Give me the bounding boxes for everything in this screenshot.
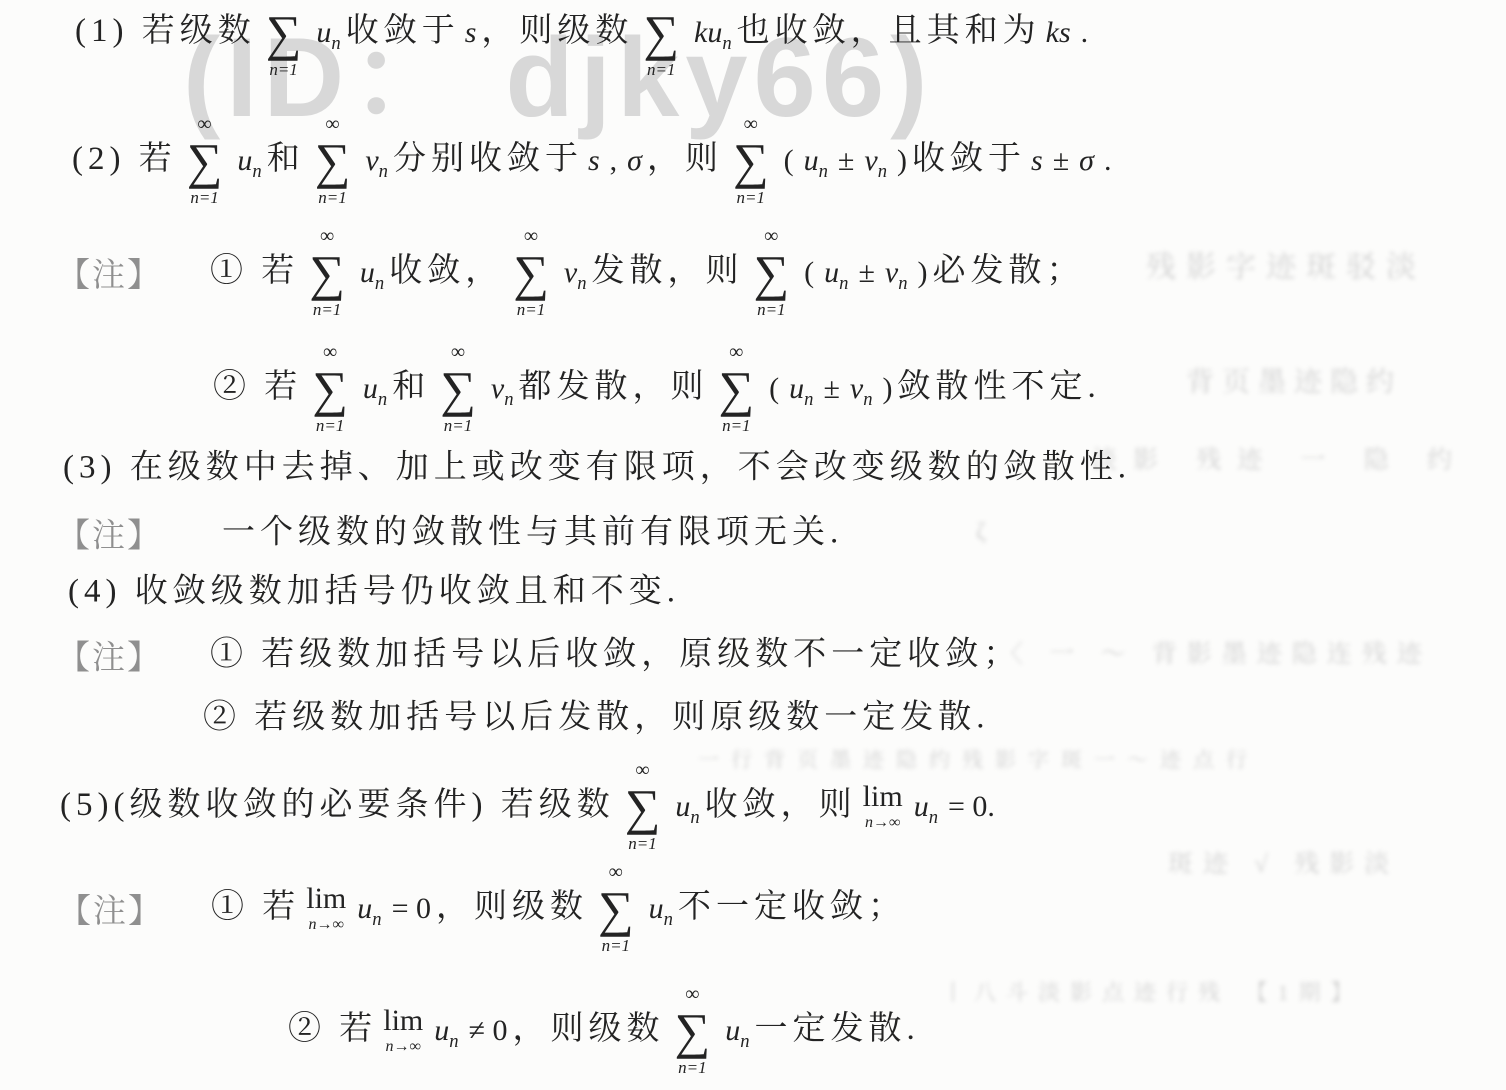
sigma-icon: ∑	[718, 364, 754, 414]
item-3: (3) 在级数中去掉、加上或改变有限项，不会改变级数的敛散性.	[63, 447, 1131, 488]
summation-lower-bound: n=1	[269, 61, 297, 78]
bleedthrough-smudge: 丨八斗淡影点迹行残 【1期】	[942, 980, 1363, 1006]
math-expression: (	[784, 144, 794, 177]
text-run: ① 若	[211, 887, 300, 928]
math-expression: un	[363, 372, 387, 405]
math-expression: .	[1104, 144, 1112, 177]
limit-expression: limn→∞	[863, 782, 903, 831]
limit-expression: limn→∞	[306, 884, 346, 933]
text-run: (3) 在级数中去掉、加上或改变有限项，不会改变级数的敛散性.	[63, 447, 1131, 488]
bleedthrough-smudge: ζ	[976, 518, 990, 547]
limit-operator: lim	[863, 782, 903, 812]
math-expression: s	[588, 144, 600, 177]
limit-subscript: n→∞	[309, 917, 344, 933]
spacer	[163, 908, 211, 909]
math-expression: un	[914, 790, 938, 823]
note-3-item-2: ② 若级数加括号以后发散，则原级数一定发散.	[203, 697, 990, 738]
math-expression: ±	[823, 372, 839, 405]
text-run: ② 若	[288, 1009, 377, 1050]
summation-lower-bound: n=1	[757, 301, 785, 318]
text-run: 一定发散.	[754, 1009, 919, 1050]
summation-lower-bound: n=1	[602, 937, 630, 954]
math-expression: vn	[365, 144, 388, 177]
item-4: (4) 收敛级数加括号仍收敛且和不变.	[68, 571, 680, 612]
math-expression: = 0.	[948, 790, 995, 823]
text-run: 不一定收敛；	[678, 887, 906, 928]
text-run: 也收敛，且其和为	[737, 11, 1041, 52]
bleedthrough-smudge: 背页墨迹隐约	[1186, 366, 1402, 400]
math-expression: vn	[491, 372, 514, 405]
text-run: 收敛，	[389, 251, 503, 292]
note-3-item-1: 【注】① 若级数加括号以后收敛，原级数不一定收敛；	[57, 632, 1021, 679]
summation-lower-bound: n=1	[678, 1059, 706, 1076]
math-expression: vn	[850, 372, 873, 405]
text-run: 一个级数的敛散性与其前有限项无关.	[222, 512, 843, 553]
sigma-icon: ∑	[643, 8, 679, 58]
math-expression: s	[465, 16, 477, 49]
note-4-item-2: ② 若limn→∞un≠ 0，则级数∞∑n=1un一定发散.	[288, 984, 920, 1076]
limit-operator: lim	[306, 884, 346, 914]
note-4-item-1: 【注】① 若limn→∞un= 0，则级数∞∑n=1un不一定收敛；	[58, 862, 906, 954]
sigma-icon: ∑	[753, 248, 789, 298]
summation-lower-bound: n=1	[190, 189, 218, 206]
math-expression: un	[824, 256, 848, 289]
text-run: ，则级数	[481, 11, 633, 52]
text-run: 分别收敛于	[393, 139, 583, 180]
summation-symbol: ∞∑n=1	[718, 342, 754, 434]
bleedthrough-smudge: 〈 一 ～ 背影墨迹隐连残迹	[998, 640, 1432, 670]
limit-subscript: n→∞	[865, 815, 900, 831]
note-1-item-2: ② 若∞∑n=1un和∞∑n=1vn都发散，则∞∑n=1(un±vn)敛散性不定…	[213, 342, 1101, 434]
summation-symbol: ∞∑n=1	[598, 862, 634, 954]
sigma-icon: ∑	[309, 248, 345, 298]
text-run: 发散，则	[591, 251, 743, 292]
summation-symbol: ∞∑n=1	[625, 760, 661, 852]
math-expression: un	[725, 1014, 749, 1047]
text-run: ① 若级数加括号以后收敛，原级数不一定收敛；	[210, 634, 1021, 675]
summation-lower-bound: n=1	[737, 189, 765, 206]
spacer	[162, 533, 222, 534]
text-run: 敛散性不定.	[898, 367, 1101, 408]
math-expression: (	[769, 372, 779, 405]
math-expression: = 0	[392, 892, 431, 925]
item-5: (5)(级数收敛的必要条件) 若级数∞∑n=1un收敛，则limn→∞un= 0…	[60, 760, 1000, 852]
bleedthrough-smudge: 淡影 残迹 一 隐 约	[1092, 446, 1468, 476]
math-expression: un	[675, 790, 699, 823]
sigma-icon: ∑	[598, 884, 634, 934]
text-run: ② 若级数加括号以后发散，则原级数一定发散.	[203, 697, 990, 738]
text-run: 都发散，则	[518, 367, 708, 408]
text-run: (2) 若	[72, 139, 177, 180]
math-expression: vn	[564, 256, 587, 289]
sigma-icon: ∑	[675, 1006, 711, 1056]
note-label: 【注】	[57, 632, 162, 679]
text-run: 收敛于	[346, 11, 460, 52]
summation-lower-bound: n=1	[647, 61, 675, 78]
note-label: 【注】	[58, 885, 163, 932]
text-run: (5)(级数收敛的必要条件) 若级数	[60, 785, 615, 826]
summation-symbol: ∞∑n=1	[753, 226, 789, 318]
math-expression: )	[883, 372, 893, 405]
sigma-icon: ∑	[266, 8, 302, 58]
math-expression: un	[357, 892, 381, 925]
math-expression: vn	[864, 144, 887, 177]
summation-symbol: ∞∑n=1	[309, 226, 345, 318]
text-run: (1) 若级数	[75, 11, 256, 52]
text-run: 收敛，则	[705, 785, 857, 826]
bleedthrough-smudge: 斑迹 √ 残影淡	[1168, 850, 1399, 880]
spacer	[162, 272, 210, 273]
summation-symbol: ∞∑n=1	[315, 114, 351, 206]
text-run: 和	[267, 139, 305, 180]
sigma-icon: ∑	[315, 136, 351, 186]
math-expression: σ	[1079, 144, 1094, 177]
summation-lower-bound: n=1	[313, 301, 341, 318]
text-run: ② 若	[213, 367, 302, 408]
summation-lower-bound: n=1	[444, 417, 472, 434]
limit-subscript: n→∞	[386, 1039, 421, 1055]
summation-symbol: ∞∑n=1	[187, 114, 223, 206]
bleedthrough-smudge: 残影字迹斑驳淡	[1146, 250, 1426, 286]
math-expression: )	[897, 144, 907, 177]
sigma-icon: ∑	[312, 364, 348, 414]
math-expression: un	[360, 256, 384, 289]
spacer	[162, 655, 210, 656]
summation-symbol: ∞∑n=1	[312, 342, 348, 434]
math-expression: ±	[858, 256, 874, 289]
summation-symbol: ∞∑n=1	[513, 226, 549, 318]
text-run: (4) 收敛级数加括号仍收敛且和不变.	[68, 571, 680, 612]
summation-symbol: ∞∑n=1	[440, 342, 476, 434]
math-expression: un	[434, 1014, 458, 1047]
math-expression: s	[1031, 144, 1043, 177]
math-expression: )	[918, 256, 928, 289]
text-run: 收敛于	[912, 139, 1026, 180]
summation-symbol: ∞∑n=1	[733, 114, 769, 206]
limit-operator: lim	[383, 1006, 423, 1036]
summation-symbol: ∞∑n=1	[643, 0, 679, 78]
sigma-icon: ∑	[187, 136, 223, 186]
math-expression: un	[789, 372, 813, 405]
sigma-icon: ∑	[513, 248, 549, 298]
text-run: ① 若	[210, 251, 299, 292]
summation-lower-bound: n=1	[318, 189, 346, 206]
math-expression: un	[237, 144, 261, 177]
item-2: (2) 若∞∑n=1un和∞∑n=1vn分别收敛于s,σ，则∞∑n=1(un±v…	[72, 114, 1116, 206]
math-expression: ks	[1046, 16, 1071, 49]
limit-expression: limn→∞	[383, 1006, 423, 1055]
summation-symbol: ∞∑n=1	[675, 984, 711, 1076]
math-expression: ±	[838, 144, 854, 177]
summation-lower-bound: n=1	[316, 417, 344, 434]
item-1: (1) 若级数∞∑n=1un收敛于s，则级数∞∑n=1kun也收敛，且其和为ks…	[75, 0, 1093, 78]
summation-lower-bound: n=1	[517, 301, 545, 318]
math-expression: ≠ 0	[469, 1014, 508, 1047]
text-run: ，则级数	[513, 1009, 665, 1050]
math-expression: un	[316, 16, 340, 49]
summation-symbol: ∞∑n=1	[266, 0, 302, 78]
sigma-icon: ∑	[440, 364, 476, 414]
summation-lower-bound: n=1	[628, 835, 656, 852]
note-label: 【注】	[57, 249, 162, 296]
text-run: 必发散；	[933, 251, 1085, 292]
math-expression: (	[804, 256, 814, 289]
math-expression: σ	[627, 144, 642, 177]
sigma-icon: ∑	[625, 782, 661, 832]
text-run: ，则级数	[436, 887, 588, 928]
note-label: 【注】	[57, 510, 162, 557]
summation-lower-bound: n=1	[722, 417, 750, 434]
math-expression: kun	[694, 16, 732, 49]
math-expression: ,	[610, 144, 618, 177]
math-expression: un	[804, 144, 828, 177]
text-run: ，则	[647, 139, 723, 180]
math-expression: ±	[1053, 144, 1069, 177]
note-2: 【注】一个级数的敛散性与其前有限项无关.	[57, 510, 843, 557]
math-expression: .	[1081, 16, 1089, 49]
sigma-icon: ∑	[733, 136, 769, 186]
math-expression: un	[649, 892, 673, 925]
note-1-item-1: 【注】① 若∞∑n=1un收敛，∞∑n=1vn发散，则∞∑n=1(un±vn)必…	[57, 226, 1085, 318]
math-expression: vn	[885, 256, 908, 289]
text-run: 和	[392, 367, 430, 408]
